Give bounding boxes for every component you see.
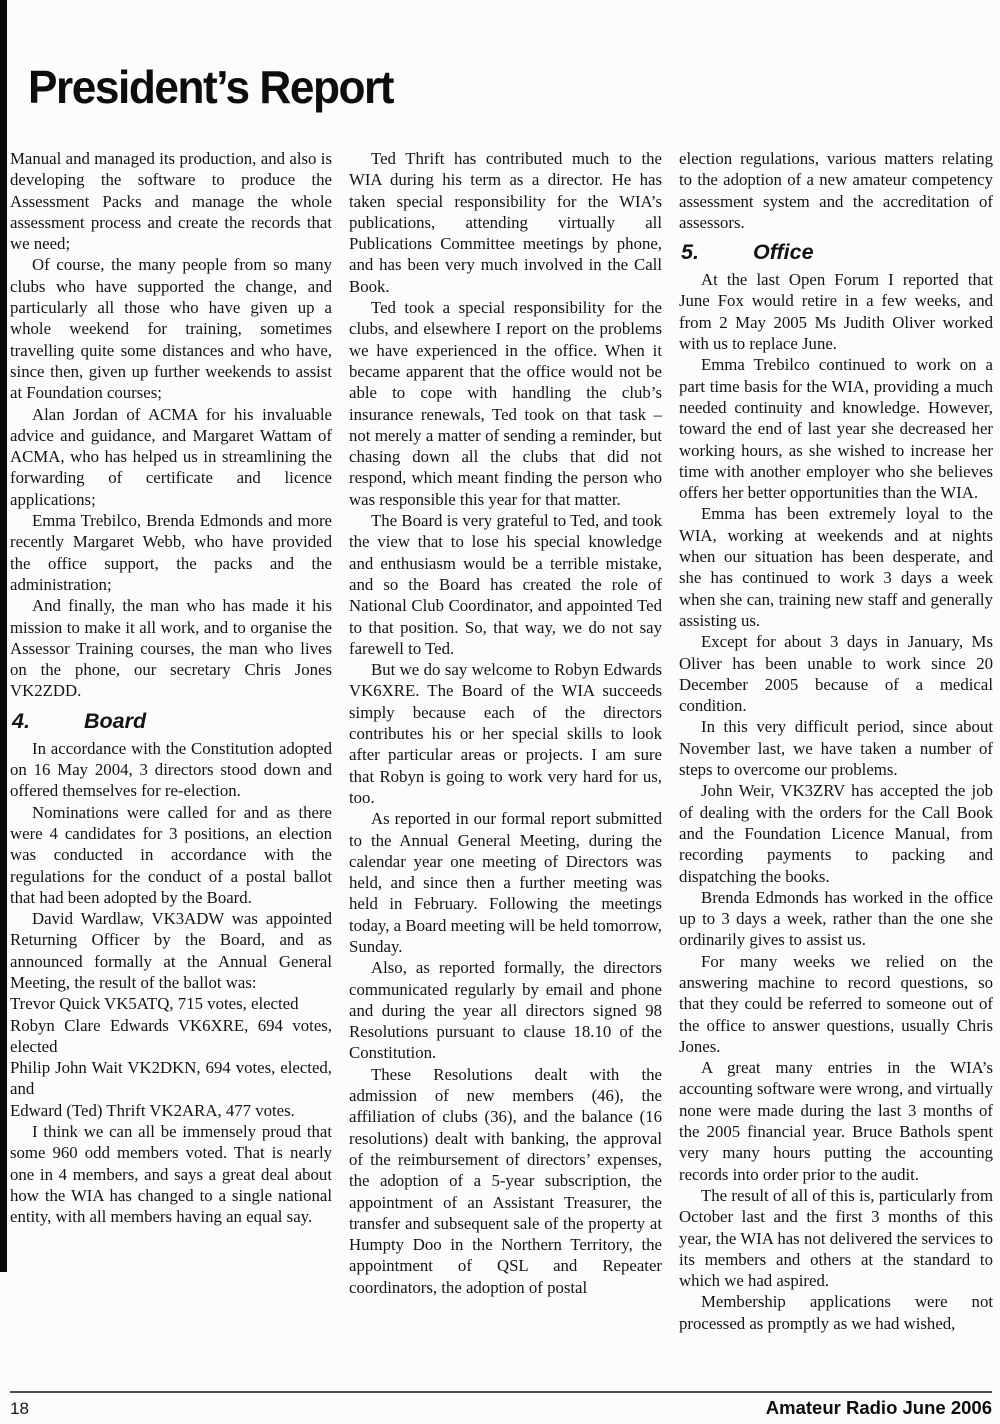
page-footer: 18 Amateur Radio June 2006 [10,1391,992,1419]
body-paragraph: Membership applications were not process… [679,1291,993,1334]
body-paragraph: But we do say welcome to Robyn Edwards V… [349,659,662,808]
body-paragraph: The result of all of this is, particular… [679,1185,993,1291]
body-paragraph: For many weeks we relied on the answerin… [679,951,993,1057]
ballot-result-line: Trevor Quick VK5ATQ, 715 votes, elected [10,993,332,1014]
body-paragraph: election regulations, various matters re… [679,148,993,233]
body-paragraph: Also, as reported formally, the director… [349,957,662,1063]
body-paragraph: Emma has been extremely loyal to the WIA… [679,503,993,631]
ballot-result-line: Edward (Ted) Thrift VK2ARA, 477 votes. [10,1100,332,1121]
body-paragraph: Ted took a special responsibility for th… [349,297,662,510]
body-paragraph: John Weir, VK3ZRV has accepted the job o… [679,780,993,886]
body-paragraph: Manual and managed its production, and a… [10,148,332,254]
footer-journal-title: Amateur Radio June 2006 [766,1397,992,1419]
ballot-result-line: Robyn Clare Edwards VK6XRE, 694 votes, e… [10,1015,332,1058]
body-paragraph: Brenda Edmonds has worked in the office … [679,887,993,951]
ballot-result-line: Philip John Wait VK2DKN, 694 votes, elec… [10,1057,332,1100]
section-heading-board: 4.Board [12,709,332,733]
column-1: Manual and managed its production, and a… [10,148,332,1334]
body-paragraph: At the last Open Forum I reported that J… [679,269,993,354]
body-paragraph: The Board is very grateful to Ted, and t… [349,510,662,659]
column-2: Ted Thrift has contributed much to the W… [349,148,662,1334]
body-paragraph: David Wardlaw, VK3ADW was appointed Retu… [10,908,332,993]
body-paragraph: And finally, the man who has made it his… [10,595,332,701]
body-paragraph: Except for about 3 days in January, Ms O… [679,631,993,716]
footer-rule [10,1391,992,1393]
body-paragraph: Alan Jordan of ACMA for his invaluable a… [10,404,332,510]
body-paragraph: Emma Trebilco, Brenda Edmonds and more r… [10,510,332,595]
body-paragraph: In accordance with the Constitution adop… [10,738,332,802]
body-paragraph: Of course, the many people from so many … [10,254,332,403]
section-title: Office [753,240,814,264]
footer-page-number: 18 [10,1399,29,1419]
body-paragraph: These Resolutions dealt with the admissi… [349,1064,662,1298]
section-number: 4. [12,709,84,733]
article-columns: Manual and managed its production, and a… [10,148,993,1334]
body-paragraph: Nominations were called for and as there… [10,802,332,908]
section-number: 5. [681,240,753,264]
section-heading-office: 5.Office [681,240,993,264]
body-paragraph: Ted Thrift has contributed much to the W… [349,148,662,297]
body-paragraph: In this very difficult period, since abo… [679,716,993,780]
page-title: President’s Report [28,60,393,114]
body-paragraph: A great many entries in the WIA’s accoun… [679,1057,993,1185]
column-3: election regulations, various matters re… [679,148,993,1334]
page-edge-bar [0,0,7,1272]
body-paragraph: I think we can all be immensely proud th… [10,1121,332,1227]
body-paragraph: As reported in our formal report submitt… [349,808,662,957]
section-title: Board [84,709,146,733]
body-paragraph: Emma Trebilco continued to work on a par… [679,354,993,503]
